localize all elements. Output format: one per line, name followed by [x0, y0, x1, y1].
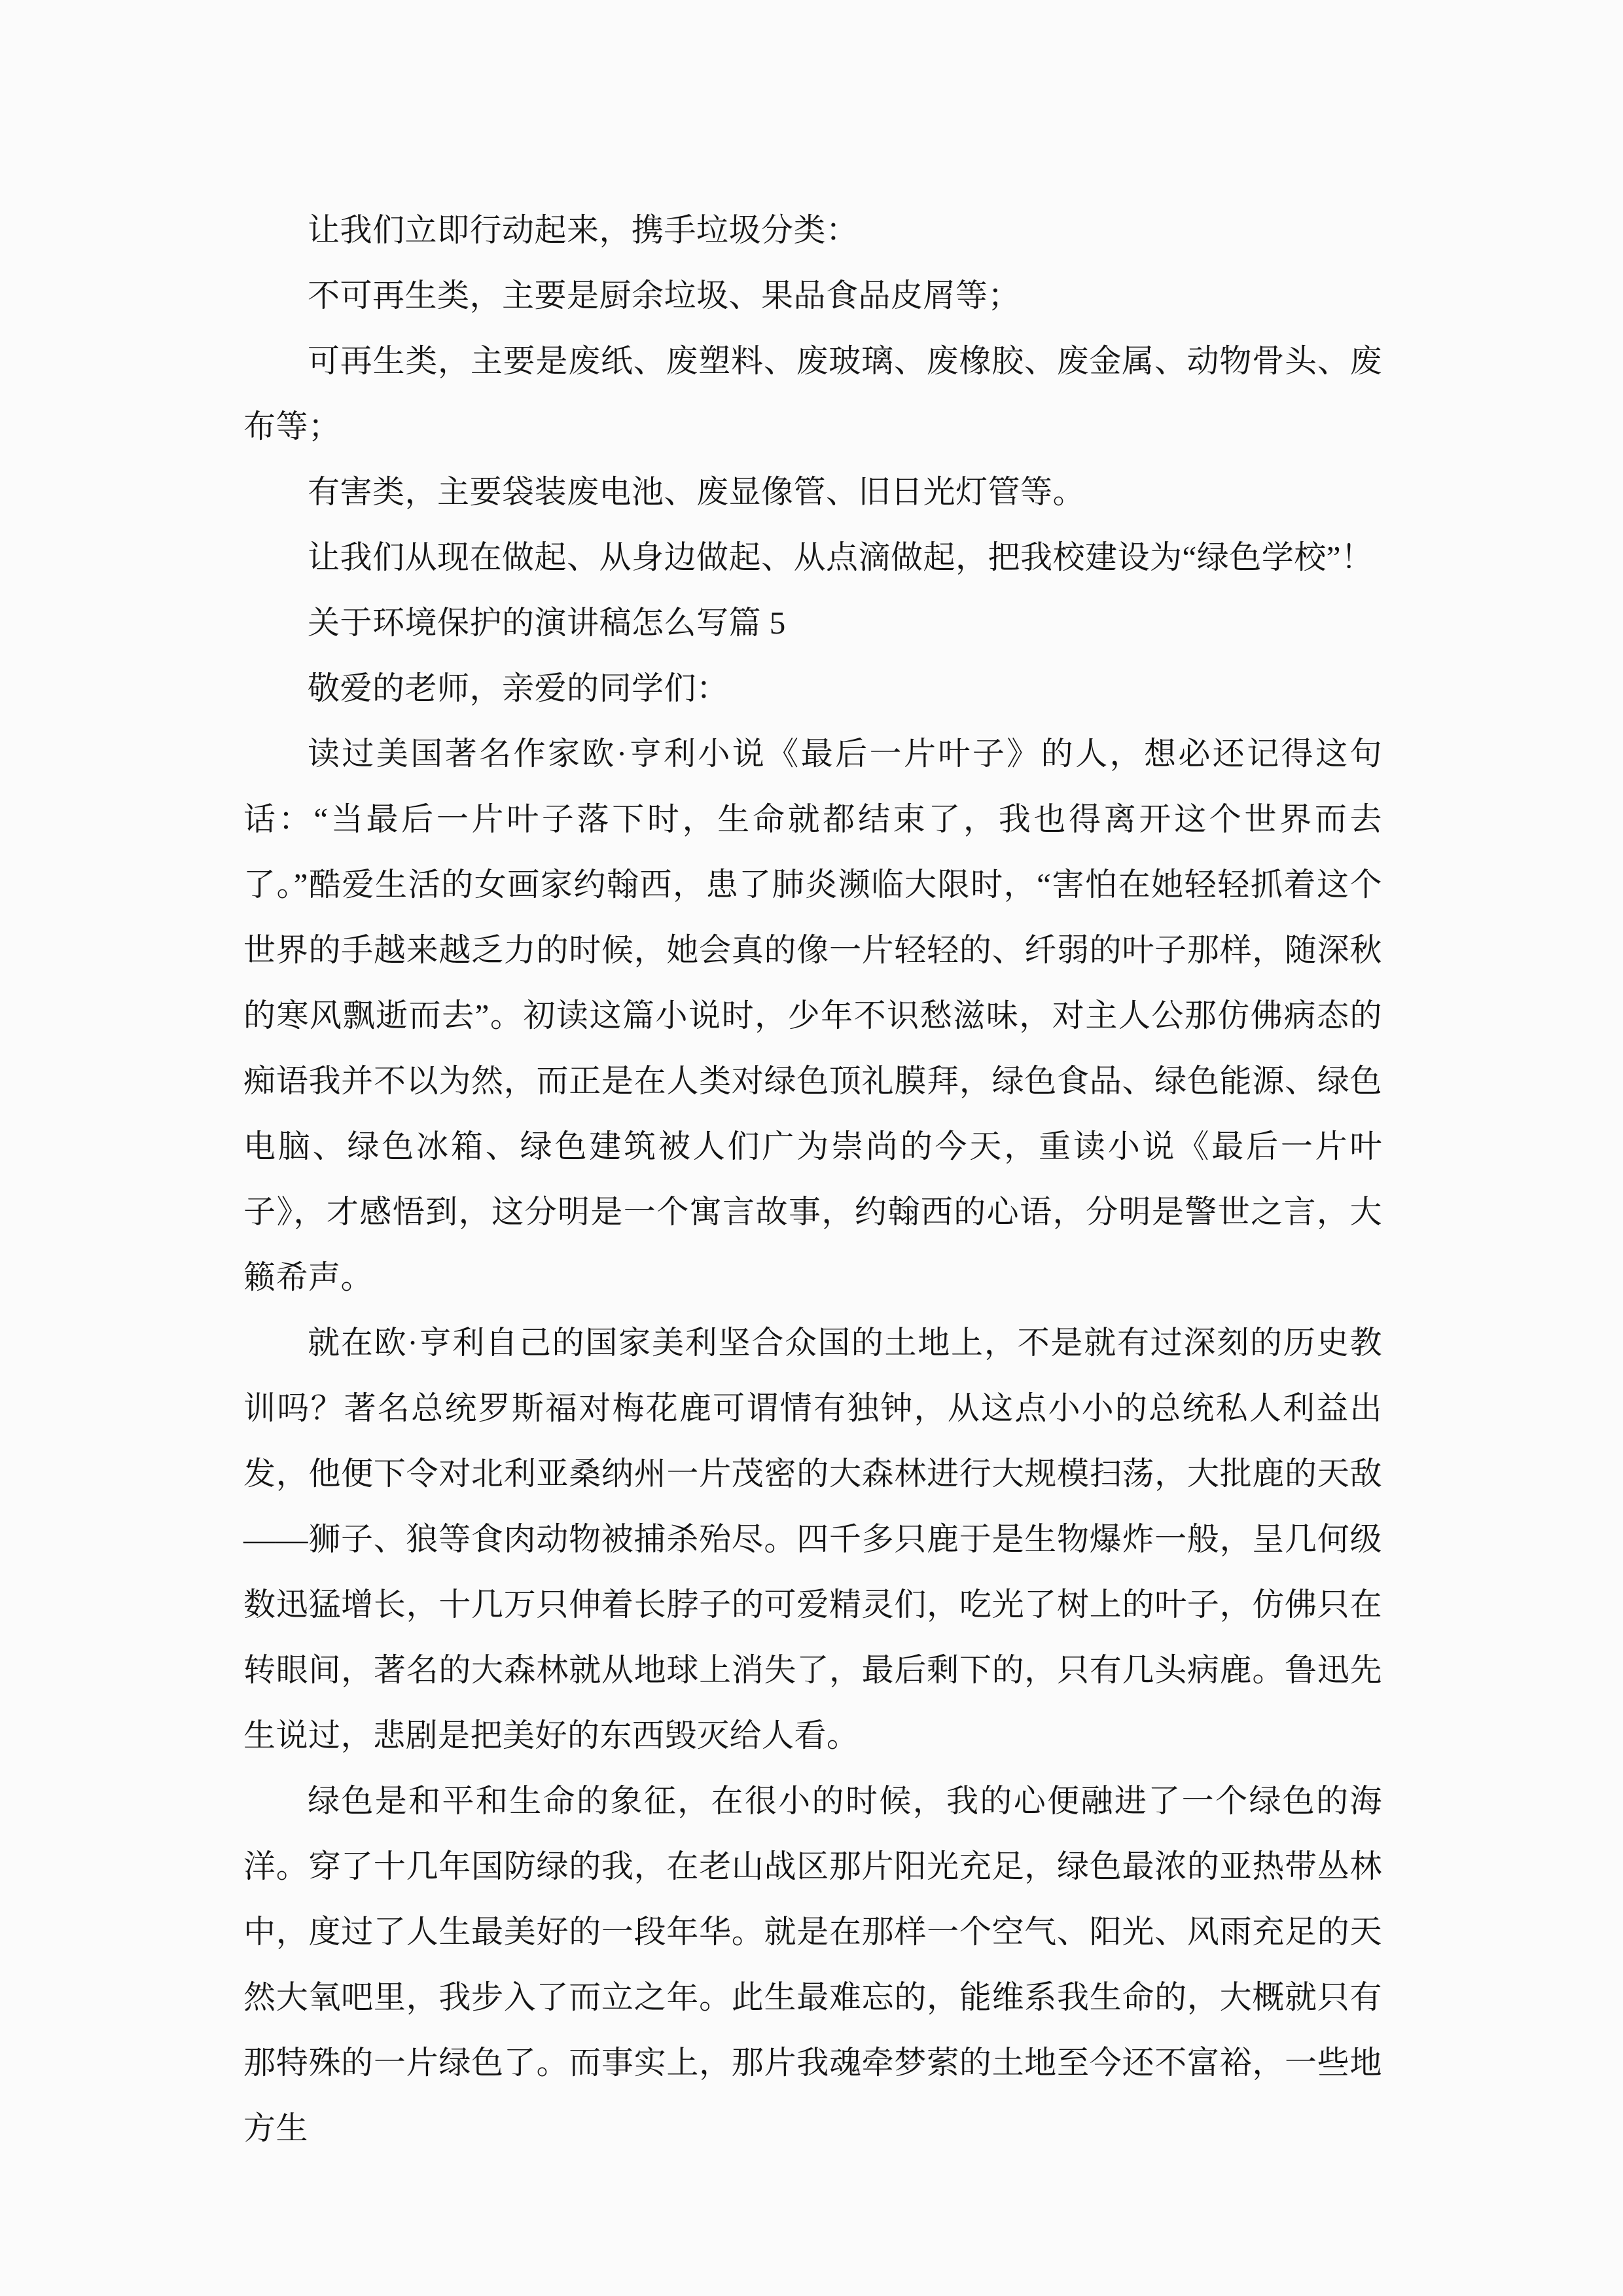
paragraph-salutation: 敬爱的老师，亲爱的同学们： [243, 656, 1382, 721]
paragraph-hazardous: 有害类，主要袋装废电池、废显像管、旧日光灯管等。 [243, 459, 1382, 525]
paragraph-call-to-action: 让我们立即行动起来，携手垃圾分类： [243, 198, 1382, 263]
paragraph-roosevelt-deer: 就在欧·亨利自己的国家美利坚合众国的土地上，不是就有过深刻的历史教训吗？著名总统… [243, 1310, 1382, 1768]
document-page: 让我们立即行动起来，携手垃圾分类： 不可再生类，主要是厨余垃圾、果品食品皮屑等；… [0, 0, 1623, 2296]
paragraph-green-school: 让我们从现在做起、从身边做起、从点滴做起，把我校建设为“绿色学校”！ [243, 525, 1382, 590]
paragraph-last-leaf-story: 读过美国著名作家欧·亨利小说《最后一片叶子》的人，想必还记得这句话：“当最后一片… [243, 721, 1382, 1310]
section-title-speech-5: 关于环境保护的演讲稿怎么写篇 5 [243, 590, 1382, 656]
document-content: 让我们立即行动起来，携手垃圾分类： 不可再生类，主要是厨余垃圾、果品食品皮屑等；… [243, 198, 1382, 2161]
paragraph-non-recyclable: 不可再生类，主要是厨余垃圾、果品食品皮屑等； [243, 263, 1382, 329]
paragraph-green-symbol: 绿色是和平和生命的象征，在很小的时候，我的心便融进了一个绿色的海洋。穿了十几年国… [243, 1768, 1382, 2161]
paragraph-recyclable: 可再生类，主要是废纸、废塑料、废玻璃、废橡胶、废金属、动物骨头、废布等； [243, 329, 1382, 459]
